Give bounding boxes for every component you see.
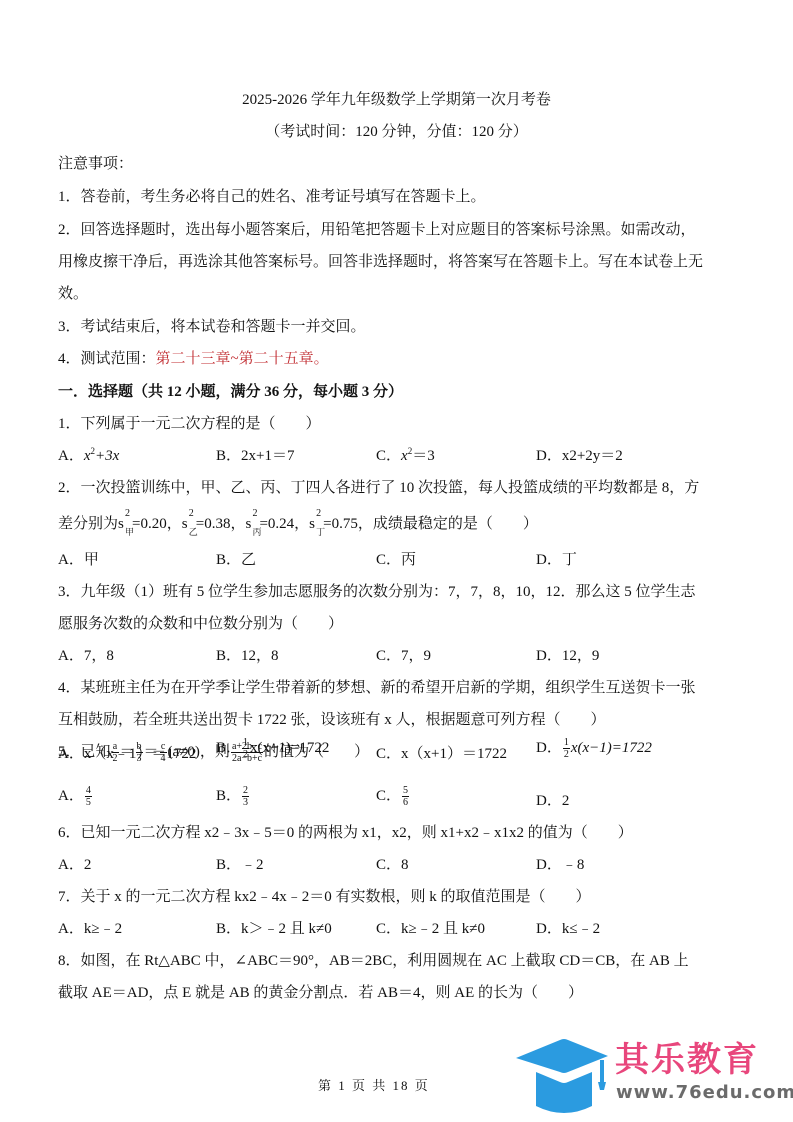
question-8-line-2: 截取 AE＝AD，点 E 就是 AB 的黄金分割点．若 AB＝4，则 AE 的长…: [58, 981, 583, 1002]
question-3-line-2: 愿服务次数的众数和中位数分别为（ ）: [58, 612, 343, 633]
watermark-logo: 其乐教育 www.76edu.com: [508, 1032, 793, 1122]
question-1-option-b[interactable]: B．2x+1＝7: [216, 444, 294, 465]
question-1-option-c[interactable]: C．x2＝3: [376, 444, 435, 465]
question-2-option-d[interactable]: D．丁: [536, 548, 577, 569]
test-range-value: 第二十三章~第二十五章。: [156, 351, 329, 367]
note-item-2-end: 效。: [58, 282, 88, 303]
question-8-line-1: 8．如图，在 Rt△ABC 中，∠ABC＝90°，AB＝2BC，利用圆规在 AC…: [58, 949, 689, 970]
question-5-option-d[interactable]: D．2: [536, 789, 569, 810]
question-5-option-a[interactable]: A．45: [58, 784, 93, 808]
note-item-2: 2．回答选择题时，选出每小题答案后，用铅笔把答题卡上对应题目的答案标号涂黑。如需…: [58, 218, 696, 239]
question-3-option-b[interactable]: B．12，8: [216, 644, 279, 665]
question-3-line-1: 3．九年级（1）班有 5 位学生参加志愿服务的次数分别为：7，7，8，10，12…: [58, 580, 696, 601]
question-4-line-2: 互相鼓励，若全班共送出贺卡 1722 张，设该班有 x 人，根据题意可列方程（ …: [58, 708, 606, 729]
exam-subtitle: （考试时间：120 分钟，分值：120 分）: [0, 120, 793, 141]
exam-title: 2025-2026 学年九年级数学上学期第一次月考卷: [0, 88, 793, 109]
variance-jia: s2甲: [118, 516, 132, 533]
question-4-line-1: 4．某班班主任为在开学季让学生带着新的梦想、新的希望开启新的学期，组织学生互送贺…: [58, 676, 696, 697]
question-6-option-b[interactable]: B．﹣2: [216, 853, 264, 874]
watermark-brand: 其乐教育: [615, 1032, 759, 1081]
page-number: 第 1 页 共 18 页: [318, 1075, 430, 1094]
question-3-option-c[interactable]: C．7，9: [376, 644, 431, 665]
test-range-label: 4．测试范围：: [58, 351, 156, 367]
note-item-2-cont: 用橡皮擦干净后，再选涂其他答案标号。回答非选择题时，将答案写在答题卡上。写在本试…: [58, 250, 703, 271]
question-7-option-d[interactable]: D．k≤﹣2: [536, 917, 600, 938]
question-6-option-c[interactable]: C．8: [376, 853, 409, 874]
question-5-option-c[interactable]: C．56: [376, 784, 410, 808]
question-2-line-1: 2．一次投篮训练中，甲、乙、丙、丁四人各进行了 10 次投篮，每人投篮成绩的平均…: [58, 476, 699, 497]
variance-ding: s2丁: [309, 516, 323, 533]
question-3-option-a[interactable]: A．7，8: [58, 644, 114, 665]
question-6-stem: 6．已知一元二次方程 x2﹣3x﹣5＝0 的两根为 x1，x2，则 x1+x2﹣…: [58, 821, 633, 842]
note-item-1: 1．答卷前，考生务必将自己的姓名、准考证号填写在答题卡上。: [58, 185, 486, 206]
question-6-option-a[interactable]: A．2: [58, 853, 91, 874]
question-7-option-c[interactable]: C．k≥﹣2 且 k≠0: [376, 917, 485, 938]
question-1-stem: 1．下列属于一元二次方程的是（ ）: [58, 412, 321, 433]
fraction: 12: [563, 737, 570, 760]
graduation-cap-icon: [508, 1032, 618, 1122]
note-item-4: 4．测试范围：第二十三章~第二十五章。: [58, 347, 329, 368]
question-2-line-2: 差分别为s2甲=0.20，s2乙=0.38，s2丙=0.24，s2丁=0.75，…: [58, 512, 538, 533]
question-7-stem: 7．关于 x 的一元二次方程 kx2﹣4x﹣2＝0 有实数根，则 k 的取值范围…: [58, 885, 591, 906]
watermark-url: www.76edu.com: [616, 1082, 793, 1103]
note-item-3: 3．考试结束后，将本试卷和答题卡一并交回。: [58, 315, 366, 336]
question-1-option-d[interactable]: D．x2+2y＝2: [536, 444, 623, 465]
question-2-option-b[interactable]: B．乙: [216, 548, 256, 569]
question-7-option-a[interactable]: A．k≥﹣2: [58, 917, 122, 938]
question-5-option-b[interactable]: B．23: [216, 784, 250, 808]
section-heading-choice: 一．选择题（共 12 小题，满分 36 分，每小题 3 分）: [58, 380, 403, 401]
question-4-option-d[interactable]: D．12x(x−1)=1722: [536, 736, 652, 760]
question-3-option-d[interactable]: D．12，9: [536, 644, 599, 665]
question-2-option-c[interactable]: C．丙: [376, 548, 416, 569]
question-1-option-a[interactable]: A．x2+3x: [58, 444, 119, 465]
variance-yi: s2乙: [182, 516, 196, 533]
exam-page: 2025-2026 学年九年级数学上学期第一次月考卷 （考试时间：120 分钟，…: [0, 0, 793, 1122]
question-5-stem-line: 5．已知a2＝b3＝c4(a≠0)，则a+2b−c2a−b+c的值为（ ）: [58, 740, 369, 764]
variance-bing: s2丙: [245, 516, 259, 533]
question-2-option-a[interactable]: A．甲: [58, 548, 99, 569]
notes-heading: 注意事项：: [58, 152, 133, 173]
question-6-option-d[interactable]: D．﹣8: [536, 853, 584, 874]
question-4-option-c[interactable]: C．x（x+1）＝1722: [376, 742, 507, 763]
question-7-option-b[interactable]: B．k＞﹣2 且 k≠0: [216, 917, 332, 938]
